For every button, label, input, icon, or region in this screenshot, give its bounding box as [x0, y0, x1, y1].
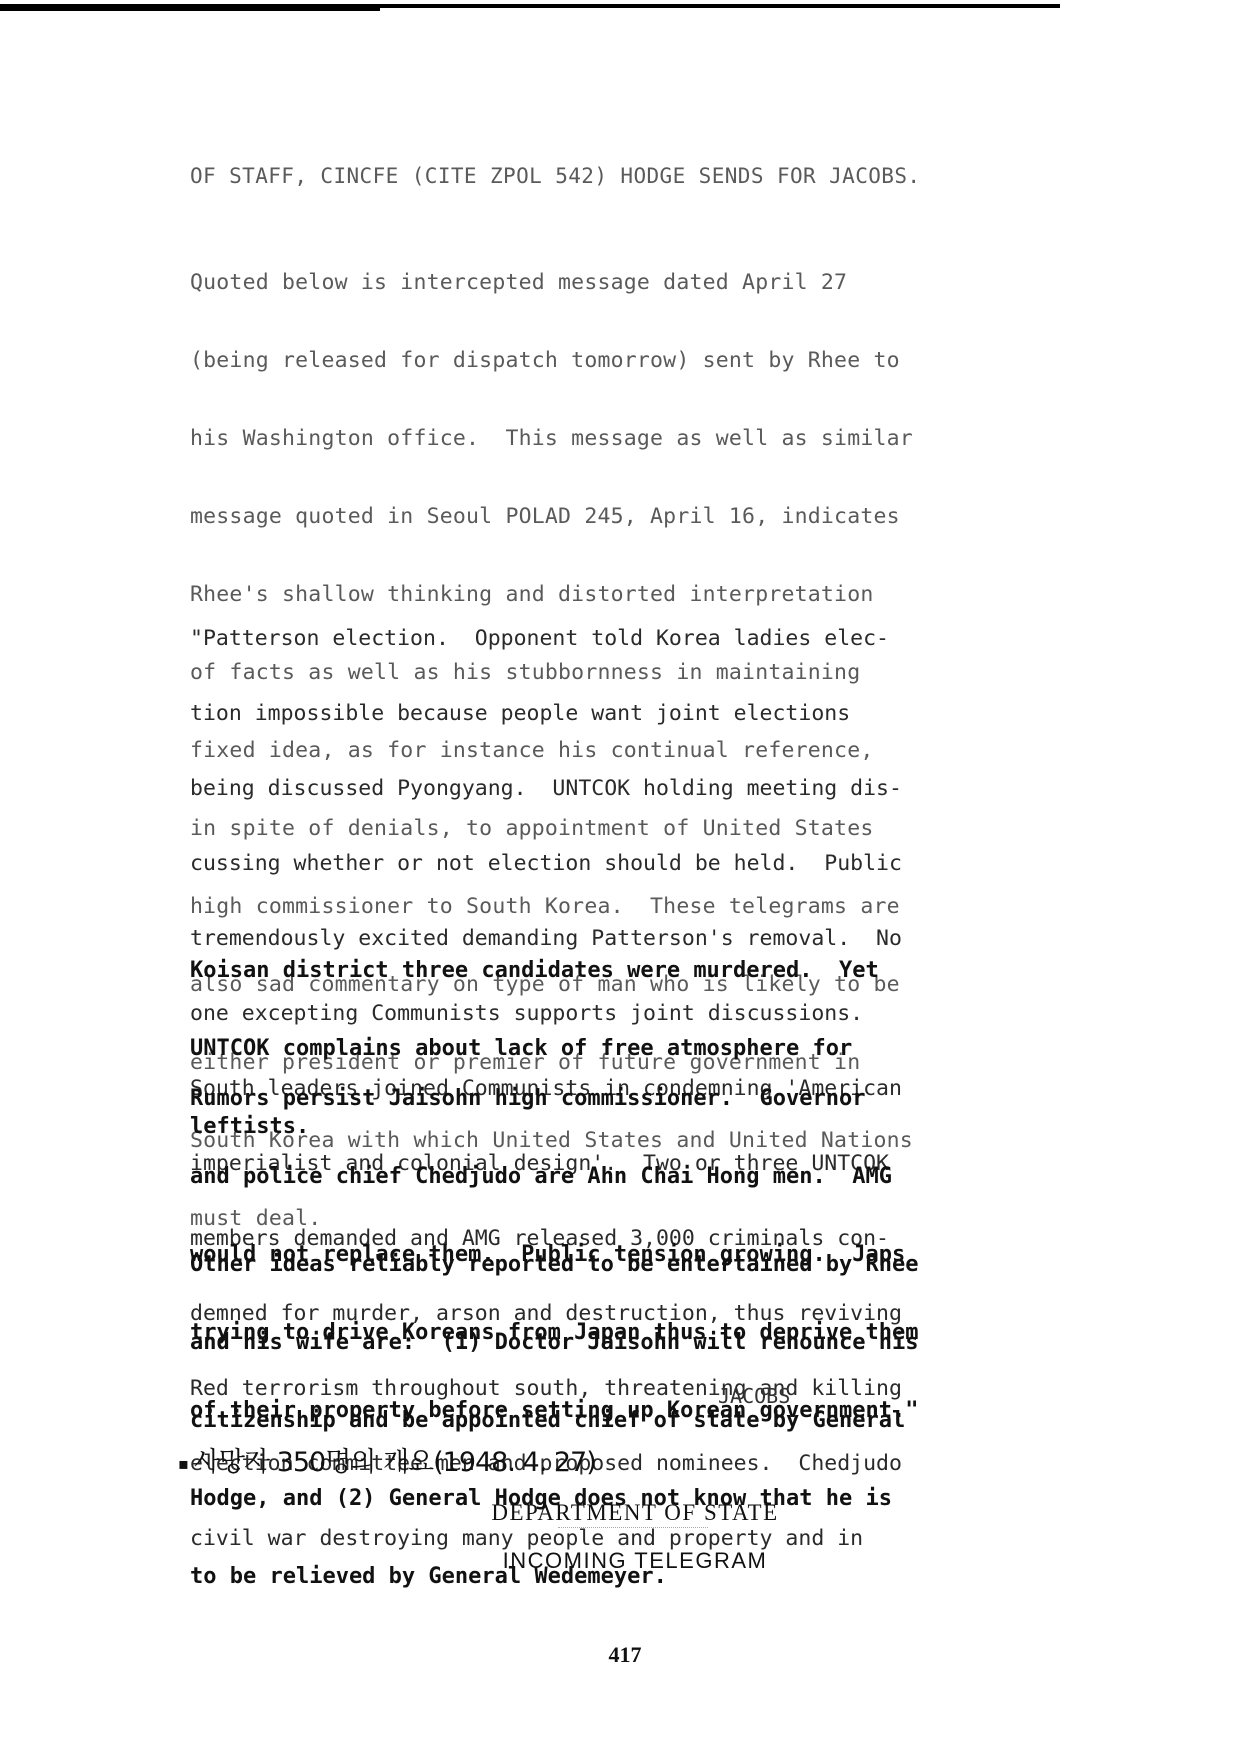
text-line: Koisan district three candidates were mu… — [190, 958, 879, 984]
text-line: Other ideas reliably reported to be ente… — [190, 1252, 918, 1278]
page-number: 417 — [0, 1642, 1240, 1668]
scan-top-border-shadow — [0, 8, 380, 11]
telegram-header-line: OF STAFF, CINCFE (CITE ZPOL 542) HODGE S… — [190, 164, 920, 188]
caption-text: 사망자 350명의 개요(1948. 4. 27) — [194, 1447, 596, 1478]
korean-caption: ▪사망자 350명의 개요(1948. 4. 27) — [178, 1440, 596, 1479]
signature: JACOBS — [718, 1384, 790, 1408]
text-line: "Patterson election. Opponent told Korea… — [190, 626, 902, 651]
letterhead-telegram-title: INCOMING TELEGRAM — [0, 1548, 1240, 1574]
text-line: message quoted in Seoul POLAD 245, April… — [190, 504, 913, 530]
text-line: and his wife are: (1) Doctor Jaisohn wil… — [190, 1330, 918, 1356]
text-line: (being released for dispatch tomorrow) s… — [190, 348, 913, 374]
letterhead-divider — [558, 1527, 708, 1530]
text-line: his Washington office. This message as w… — [190, 426, 913, 452]
text-line: cussing whether or not election should b… — [190, 851, 902, 876]
text-line: citizenship and be appointed chief of st… — [190, 1408, 918, 1434]
text-line: Quoted below is intercepted message date… — [190, 270, 913, 296]
text-line: being discussed Pyongyang. UNTCOK holdin… — [190, 776, 902, 801]
text-line: tion impossible because people want join… — [190, 701, 902, 726]
text-line: Rumors persist Jaisohn high commissioner… — [190, 1086, 918, 1112]
text-line: and police chief Chedjudo are Ahn Chai H… — [190, 1164, 918, 1190]
letterhead-department: DEPARTMENT OF STATE — [0, 1500, 1240, 1526]
square-bullet-icon: ▪ — [178, 1454, 188, 1473]
